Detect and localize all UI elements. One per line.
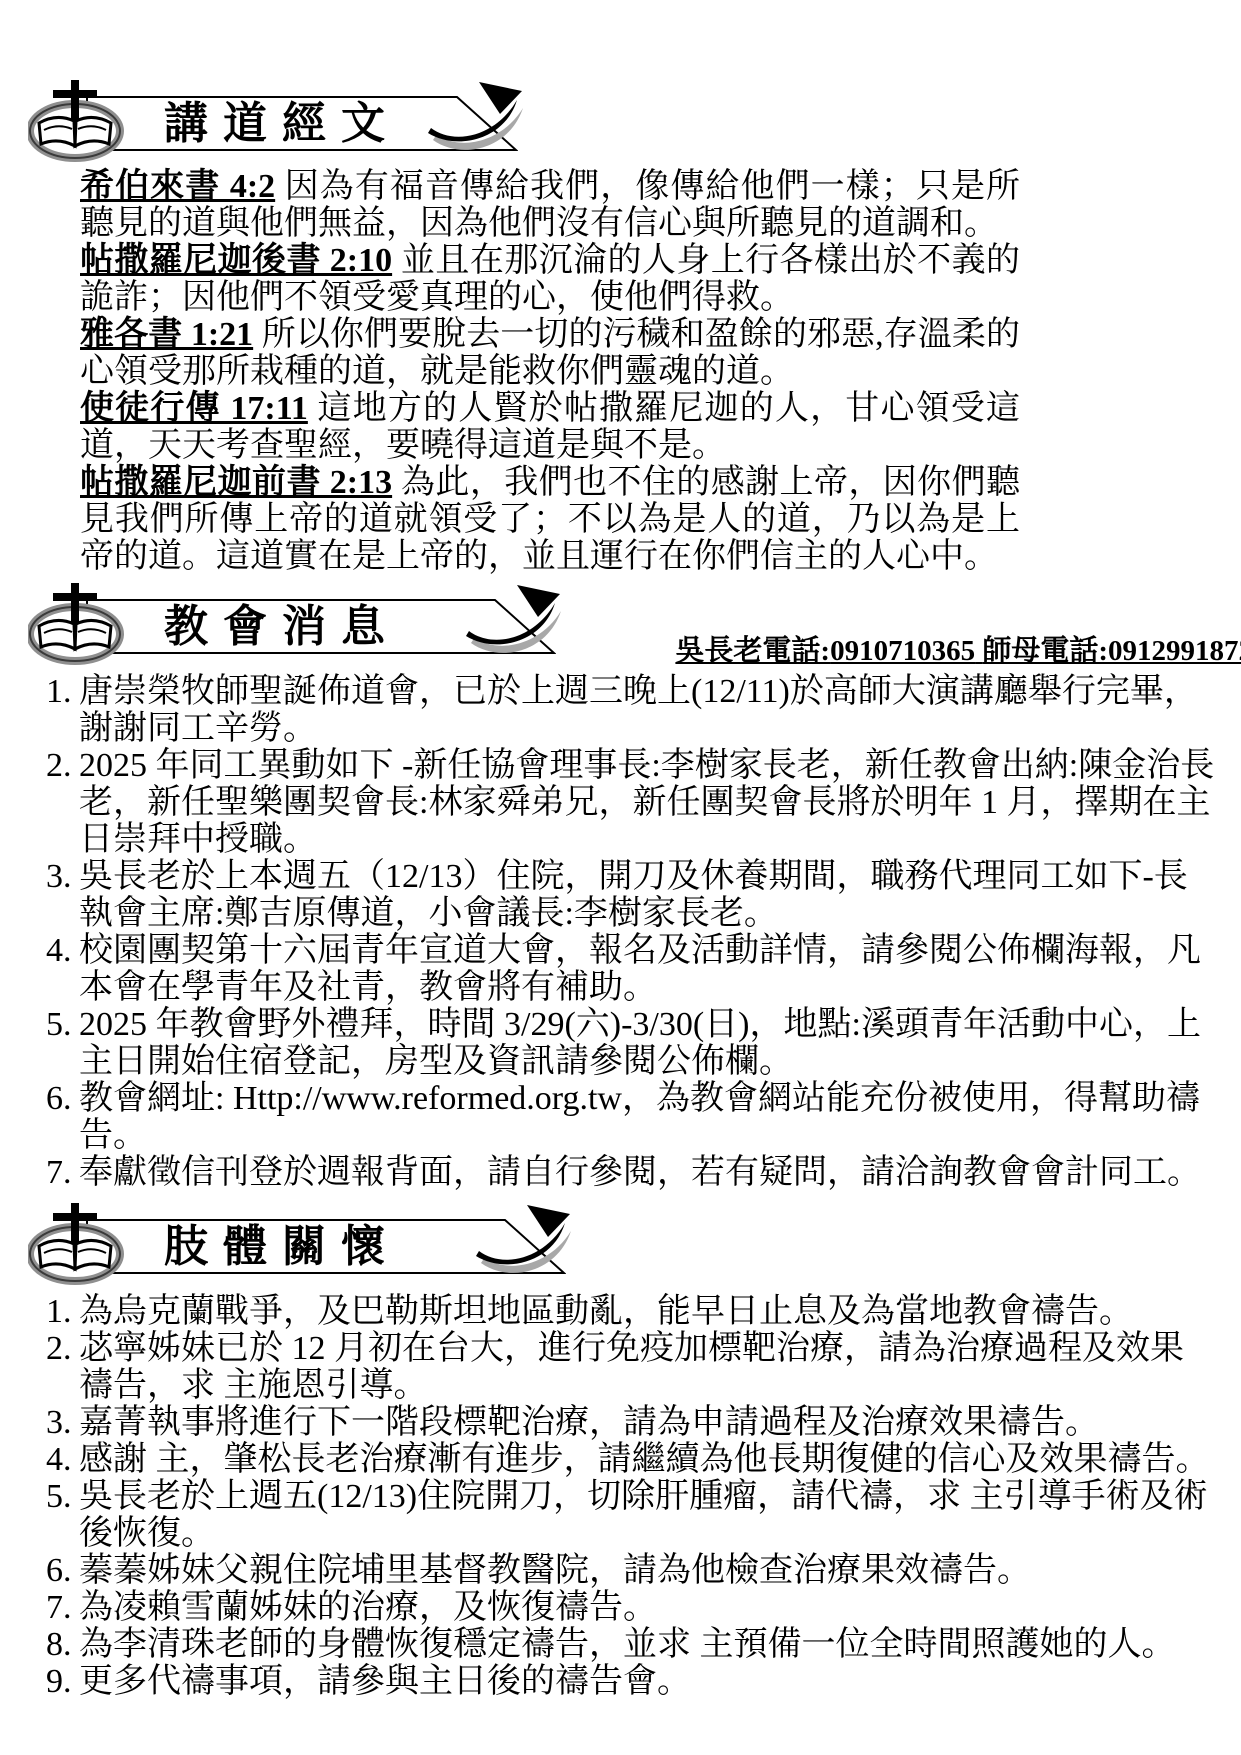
- list-item: 7.為凌賴雪蘭姊妹的治療，及恢復禱告。: [46, 1589, 1217, 1626]
- item-text: 2025 年同工異動如下 -新任協會理事長:李樹家長老，新任教會出納:陳金治長老…: [79, 747, 1217, 858]
- scripture-reference: 帖撒羅尼迦前書 2:13: [80, 464, 392, 501]
- item-text: 奉獻徵信刊登於週報背面，請自行參閱，若有疑問，請洽詢教會會計同工。: [79, 1154, 1217, 1191]
- swoosh-arrow-icon: [460, 579, 572, 659]
- care-list: 1.為烏克蘭戰爭，及巴勒斯坦地區動亂，能早日止息及為當地教會禱告。2.苾寧姊妹已…: [46, 1293, 1217, 1700]
- item-text: 為凌賴雪蘭姊妹的治療，及恢復禱告。: [79, 1589, 1217, 1626]
- item-number: 6.: [46, 1552, 79, 1589]
- item-number: 3.: [46, 1404, 79, 1441]
- item-number: 7.: [46, 1154, 79, 1191]
- list-item: 3.吳長老於上本週五（12/13）住院，開刀及休養期間，職務代理同工如下-長執會…: [46, 858, 1217, 932]
- item-text: 嘉菁執事將進行下一階段標靶治療，請為申請過程及治療效果禱告。: [79, 1404, 1217, 1441]
- scripture-passage: 希伯來書 4:2 因為有福音傳給我們，像傳給他們一樣；只是所聽見的道與他們無益，…: [80, 168, 1020, 242]
- bible-cross-logo: [28, 1203, 128, 1287]
- news-list: 1.唐崇榮牧師聖誕佈道會，已於上週三晚上(12/11)於高師大演講廳舉行完畢，謝…: [46, 673, 1217, 1191]
- list-item: 2.2025 年同工異動如下 -新任協會理事長:李樹家長老，新任教會出納:陳金治…: [46, 747, 1217, 858]
- list-item: 4.校園團契第十六屆青年宣道大會，報名及活動詳情，請參閱公佈欄海報，凡本會在學青…: [46, 932, 1217, 1006]
- item-text: 校園團契第十六屆青年宣道大會，報名及活動詳情，請參閱公佈欄海報，凡本會在學青年及…: [79, 932, 1217, 1006]
- item-number: 2.: [46, 1330, 79, 1404]
- list-item: 6.教會網址: Http://www.reformed.org.tw，為教會網站…: [46, 1080, 1217, 1154]
- scripture-passage: 使徒行傳 17:11 這地方的人賢於帖撒羅尼迦的人，甘心領受這道，天天考查聖經，…: [80, 390, 1020, 464]
- elder-phone-number: 0910710365: [830, 635, 975, 667]
- item-text: 唐崇榮牧師聖誕佈道會，已於上週三晚上(12/11)於高師大演講廳舉行完畢，謝謝同…: [79, 673, 1217, 747]
- item-number: 5.: [46, 1006, 79, 1080]
- swoosh-arrow-icon: [422, 76, 534, 156]
- item-text: 吳長老於上本週五（12/13）住院，開刀及休養期間，職務代理同工如下-長執會主席…: [79, 858, 1217, 932]
- item-number: 2.: [46, 747, 79, 858]
- scripture-reference: 雅各書 1:21: [80, 316, 253, 353]
- section-banner: 教 會 消 息: [86, 599, 556, 655]
- swoosh-arrow-icon: [470, 1199, 582, 1279]
- scripture-passage: 雅各書 1:21 所以你們要脫去一切的污穢和盈餘的邪惡,存溫柔的心領受那所栽種的…: [80, 316, 1020, 390]
- item-number: 1.: [46, 1293, 79, 1330]
- item-text: 為李清珠老師的身體恢復穩定禱告，並求 主預備一位全時間照護她的人。: [79, 1626, 1217, 1663]
- bible-cross-logo: [28, 80, 128, 164]
- item-number: 6.: [46, 1080, 79, 1154]
- list-item: 7.奉獻徵信刊登於週報背面，請自行參閱，若有疑問，請洽詢教會會計同工。: [46, 1154, 1217, 1191]
- bible-cross-logo: [28, 583, 128, 667]
- scripture-reference: 使徒行傳 17:11: [80, 390, 308, 427]
- shimu-phone-number: 0912991872: [1108, 635, 1241, 667]
- list-item: 5.吳長老於上週五(12/13)住院開刀，切除肝腫瘤，請代禱，求 主引導手術及術…: [46, 1478, 1217, 1552]
- shimu-phone-label: 師母電話:: [982, 635, 1108, 667]
- item-text: 蓁蓁姊妹父親住院埔里基督教醫院，請為他檢查治療果效禱告。: [79, 1552, 1217, 1589]
- item-text: 感謝 主，肇松長老治療漸有進步，請繼續為他長期復健的信心及效果禱告。: [79, 1441, 1217, 1478]
- item-text: 2025 年教會野外禮拜，時間 3/29(六)-3/30(日)，地點:溪頭青年活…: [79, 1006, 1217, 1080]
- bulletin-page: 講 道 經 文 希伯來書 4:2 因為有福音傳給我們，像傳給他們一樣；只是所聽見…: [0, 0, 1241, 1755]
- scripture-passage: 帖撒羅尼迦前書 2:13 為此，我們也不住的感謝上帝，因你們聽見我們所傳上帝的道…: [80, 464, 1020, 575]
- item-number: 4.: [46, 932, 79, 1006]
- item-number: 3.: [46, 858, 79, 932]
- list-item: 6.蓁蓁姊妹父親住院埔里基督教醫院，請為他檢查治療果效禱告。: [46, 1552, 1217, 1589]
- section-banner: 講 道 經 文: [86, 96, 518, 152]
- item-text: 更多代禱事項，請參與主日後的禱告會。: [79, 1663, 1217, 1700]
- list-item: 5.2025 年教會野外禮拜，時間 3/29(六)-3/30(日)，地點:溪頭青…: [46, 1006, 1217, 1080]
- item-number: 1.: [46, 673, 79, 747]
- item-number: 8.: [46, 1626, 79, 1663]
- section-banner: 肢 體 關 懷: [86, 1219, 566, 1275]
- list-item: 1.為烏克蘭戰爭，及巴勒斯坦地區動亂，能早日止息及為當地教會禱告。: [46, 1293, 1217, 1330]
- list-item: 4.感謝 主，肇松長老治療漸有進步，請繼續為他長期復健的信心及效果禱告。: [46, 1441, 1217, 1478]
- item-text: 苾寧姊妹已於 12 月初在台大，進行免疫加標靶治療，請為治療過程及效果禱告，求 …: [79, 1330, 1217, 1404]
- item-number: 4.: [46, 1441, 79, 1478]
- scripture-reference: 希伯來書 4:2: [80, 168, 275, 205]
- list-item: 1.唐崇榮牧師聖誕佈道會，已於上週三晚上(12/11)於高師大演講廳舉行完畢，謝…: [46, 673, 1217, 747]
- section-header-sermon: 講 道 經 文: [28, 78, 1241, 164]
- section-header-care: 肢 體 關 懷: [28, 1201, 1241, 1287]
- item-number: 9.: [46, 1663, 79, 1700]
- list-item: 2.苾寧姊妹已於 12 月初在台大，進行免疫加標靶治療，請為治療過程及效果禱告，…: [46, 1330, 1217, 1404]
- list-item: 3.嘉菁執事將進行下一階段標靶治療，請為申請過程及治療效果禱告。: [46, 1404, 1217, 1441]
- item-text: 教會網址: Http://www.reformed.org.tw，為教會網站能充…: [79, 1080, 1217, 1154]
- list-item: 8.為李清珠老師的身體恢復穩定禱告，並求 主預備一位全時間照護她的人。: [46, 1626, 1217, 1663]
- contact-line: 吳長老電話:0910710365 師母電話:0912991872: [675, 628, 1241, 669]
- item-text: 吳長老於上週五(12/13)住院開刀，切除肝腫瘤，請代禱，求 主引導手術及術後恢…: [79, 1478, 1217, 1552]
- scripture-list: 希伯來書 4:2 因為有福音傳給我們，像傳給他們一樣；只是所聽見的道與他們無益，…: [80, 168, 1020, 575]
- item-text: 為烏克蘭戰爭，及巴勒斯坦地區動亂，能早日止息及為當地教會禱告。: [79, 1293, 1217, 1330]
- list-item: 9.更多代禱事項，請參與主日後的禱告會。: [46, 1663, 1217, 1700]
- item-number: 5.: [46, 1478, 79, 1552]
- scripture-reference: 帖撒羅尼迦後書 2:10: [80, 242, 392, 279]
- elder-phone-label: 吳長老電話:: [675, 635, 830, 667]
- scripture-passage: 帖撒羅尼迦後書 2:10 並且在那沉淪的人身上行各樣出於不義的詭詐；因他們不領受…: [80, 242, 1020, 316]
- section-header-news: 教 會 消 息 吳長老電話:0910710365 師母電話:0912991872: [28, 581, 1241, 667]
- item-number: 7.: [46, 1589, 79, 1626]
